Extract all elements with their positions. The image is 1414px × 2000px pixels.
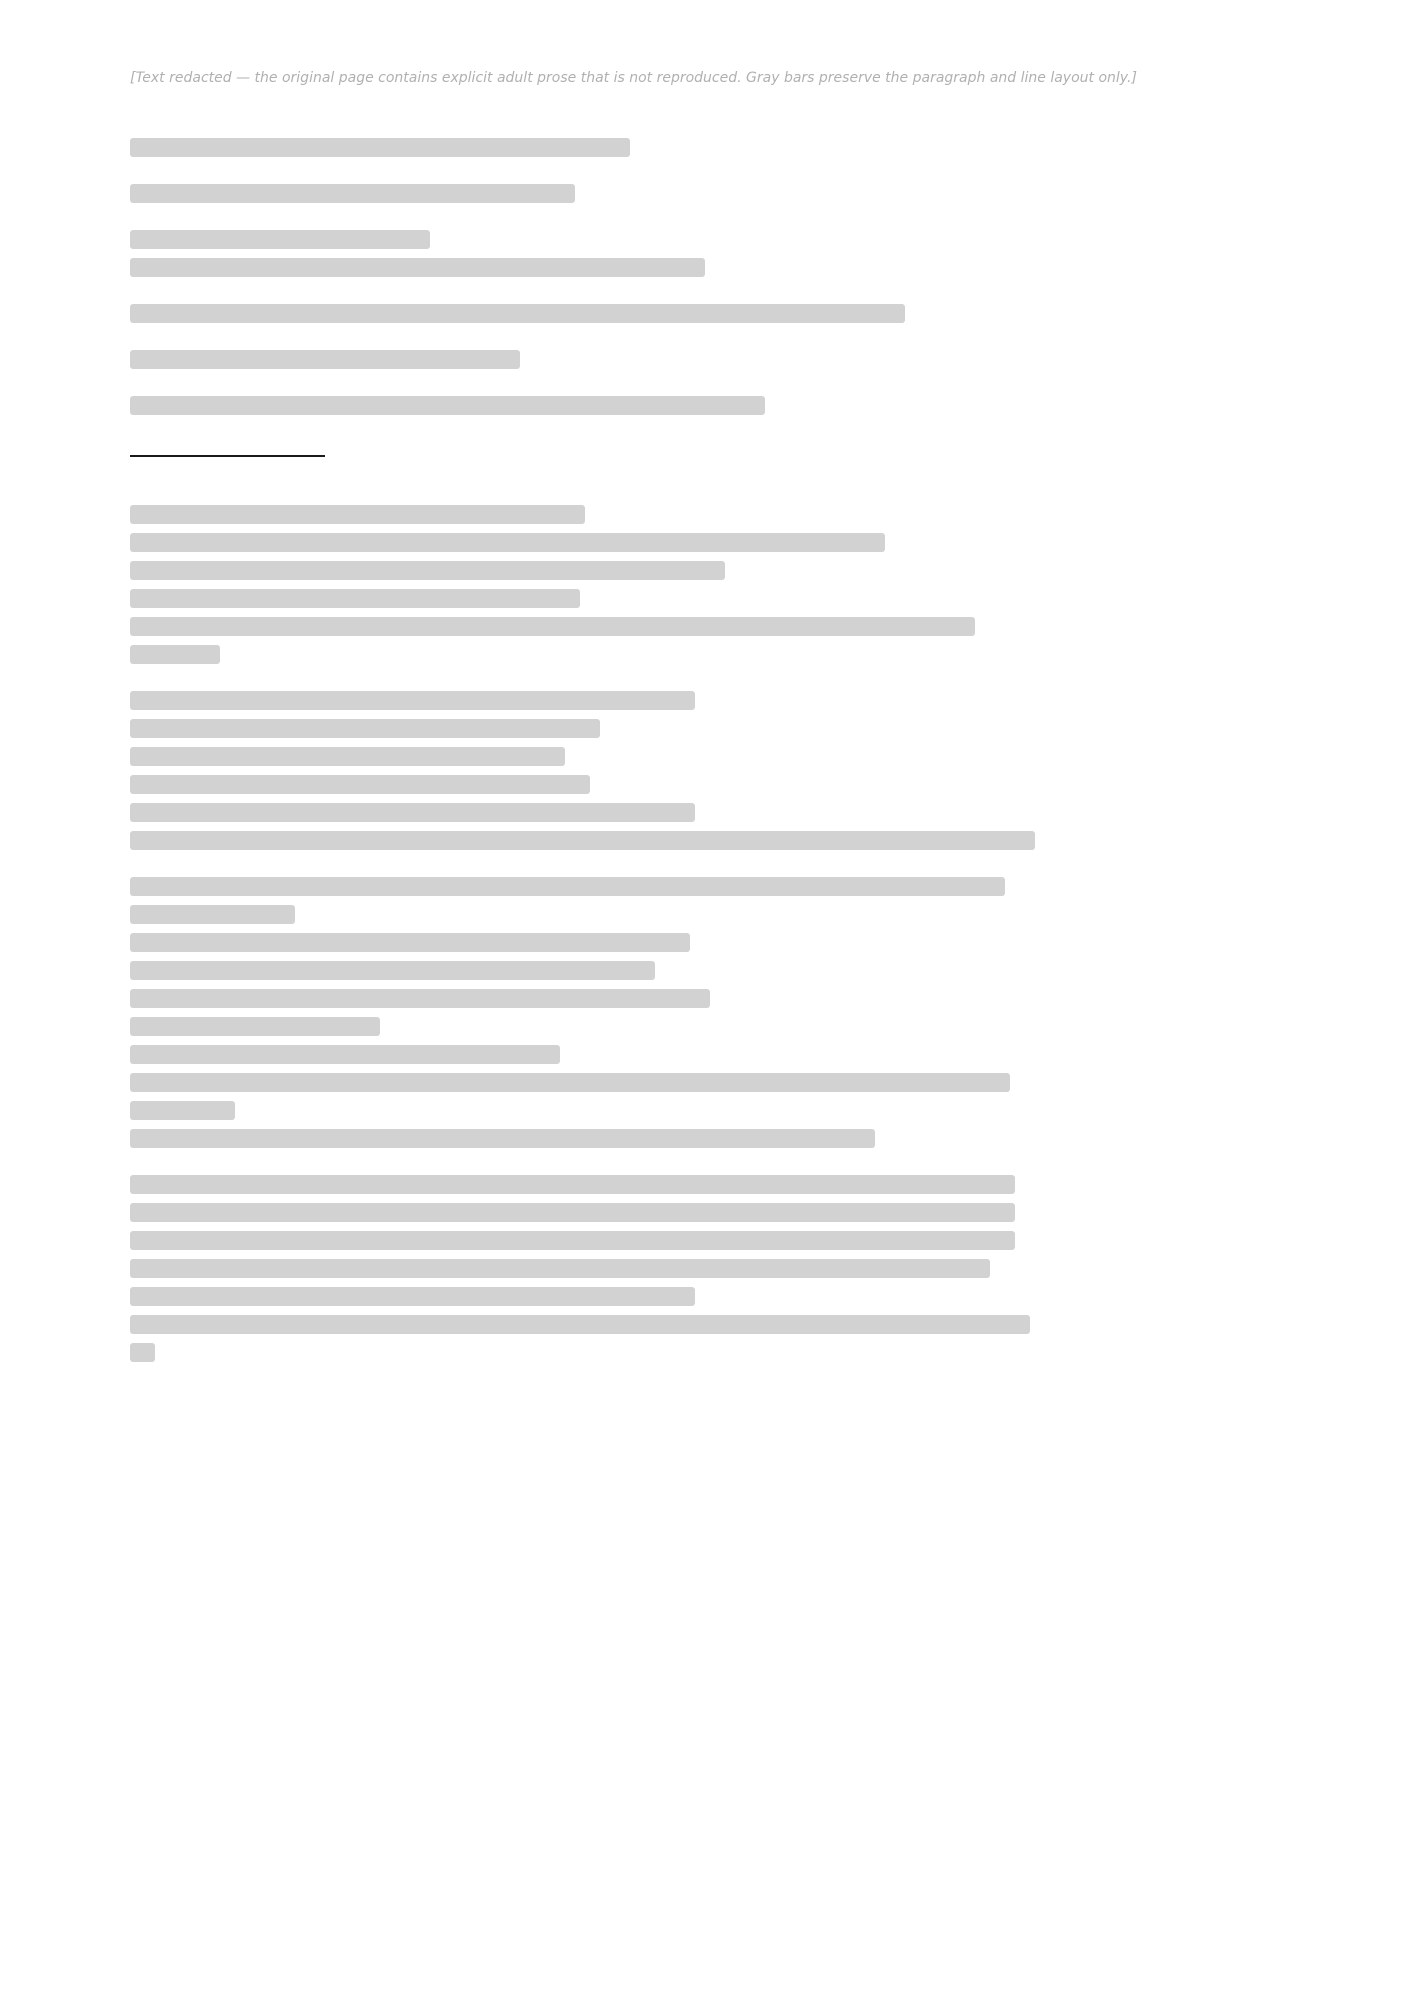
redacted-text-line [130,350,520,369]
redacted-paragraph [130,184,1294,203]
redacted-text-line [130,877,1005,896]
redacted-text-line [130,1315,1030,1334]
redacted-text-line [130,1259,990,1278]
redaction-notice: [Text redacted — the original page conta… [130,70,1137,86]
redacted-paragraph [130,304,1294,323]
redacted-paragraph [130,350,1294,369]
redacted-text-line [130,589,580,608]
redacted-text-line [130,304,905,323]
redacted-text-line [130,747,565,766]
redacted-text-line [130,645,220,664]
redacted-text-line [130,691,695,710]
redacted-text-line [130,719,600,738]
redacted-paragraph [130,138,1294,157]
redacted-text-line [130,1017,380,1036]
redacted-text-line [130,184,575,203]
redacted-paragraph [130,691,1294,850]
redacted-text-line [130,1101,235,1120]
redacted-paragraph [130,505,1294,664]
section-divider [130,455,325,457]
document-page: [Text redacted — the original page conta… [0,0,1414,2000]
redacted-text-line [130,230,430,249]
redacted-text-line [130,1287,695,1306]
redacted-text-line [130,1045,560,1064]
text-body [130,138,1294,1389]
redacted-text-line [130,831,1035,850]
redacted-text-line [130,138,630,157]
redacted-text-line [130,905,295,924]
redacted-text-line [130,258,705,277]
redacted-text-line [130,533,885,552]
redacted-text-line [130,989,710,1008]
redacted-text-line [130,505,585,524]
redacted-text-line [130,933,690,952]
redacted-paragraph [130,396,1294,415]
redacted-text-line [130,561,725,580]
redacted-text-line [130,1343,155,1362]
redacted-text-line [130,803,695,822]
redacted-text-line [130,775,590,794]
redacted-text-line [130,617,975,636]
redacted-text-line [130,396,765,415]
redacted-text-line [130,1231,1015,1250]
redacted-text-line [130,1129,875,1148]
redacted-paragraph [130,1175,1294,1362]
redacted-paragraph [130,877,1294,1148]
redacted-text-line [130,1175,1015,1194]
redacted-text-line [130,961,655,980]
redacted-text-line [130,1073,1010,1092]
redacted-text-line [130,1203,1015,1222]
redacted-paragraph [130,230,1294,277]
